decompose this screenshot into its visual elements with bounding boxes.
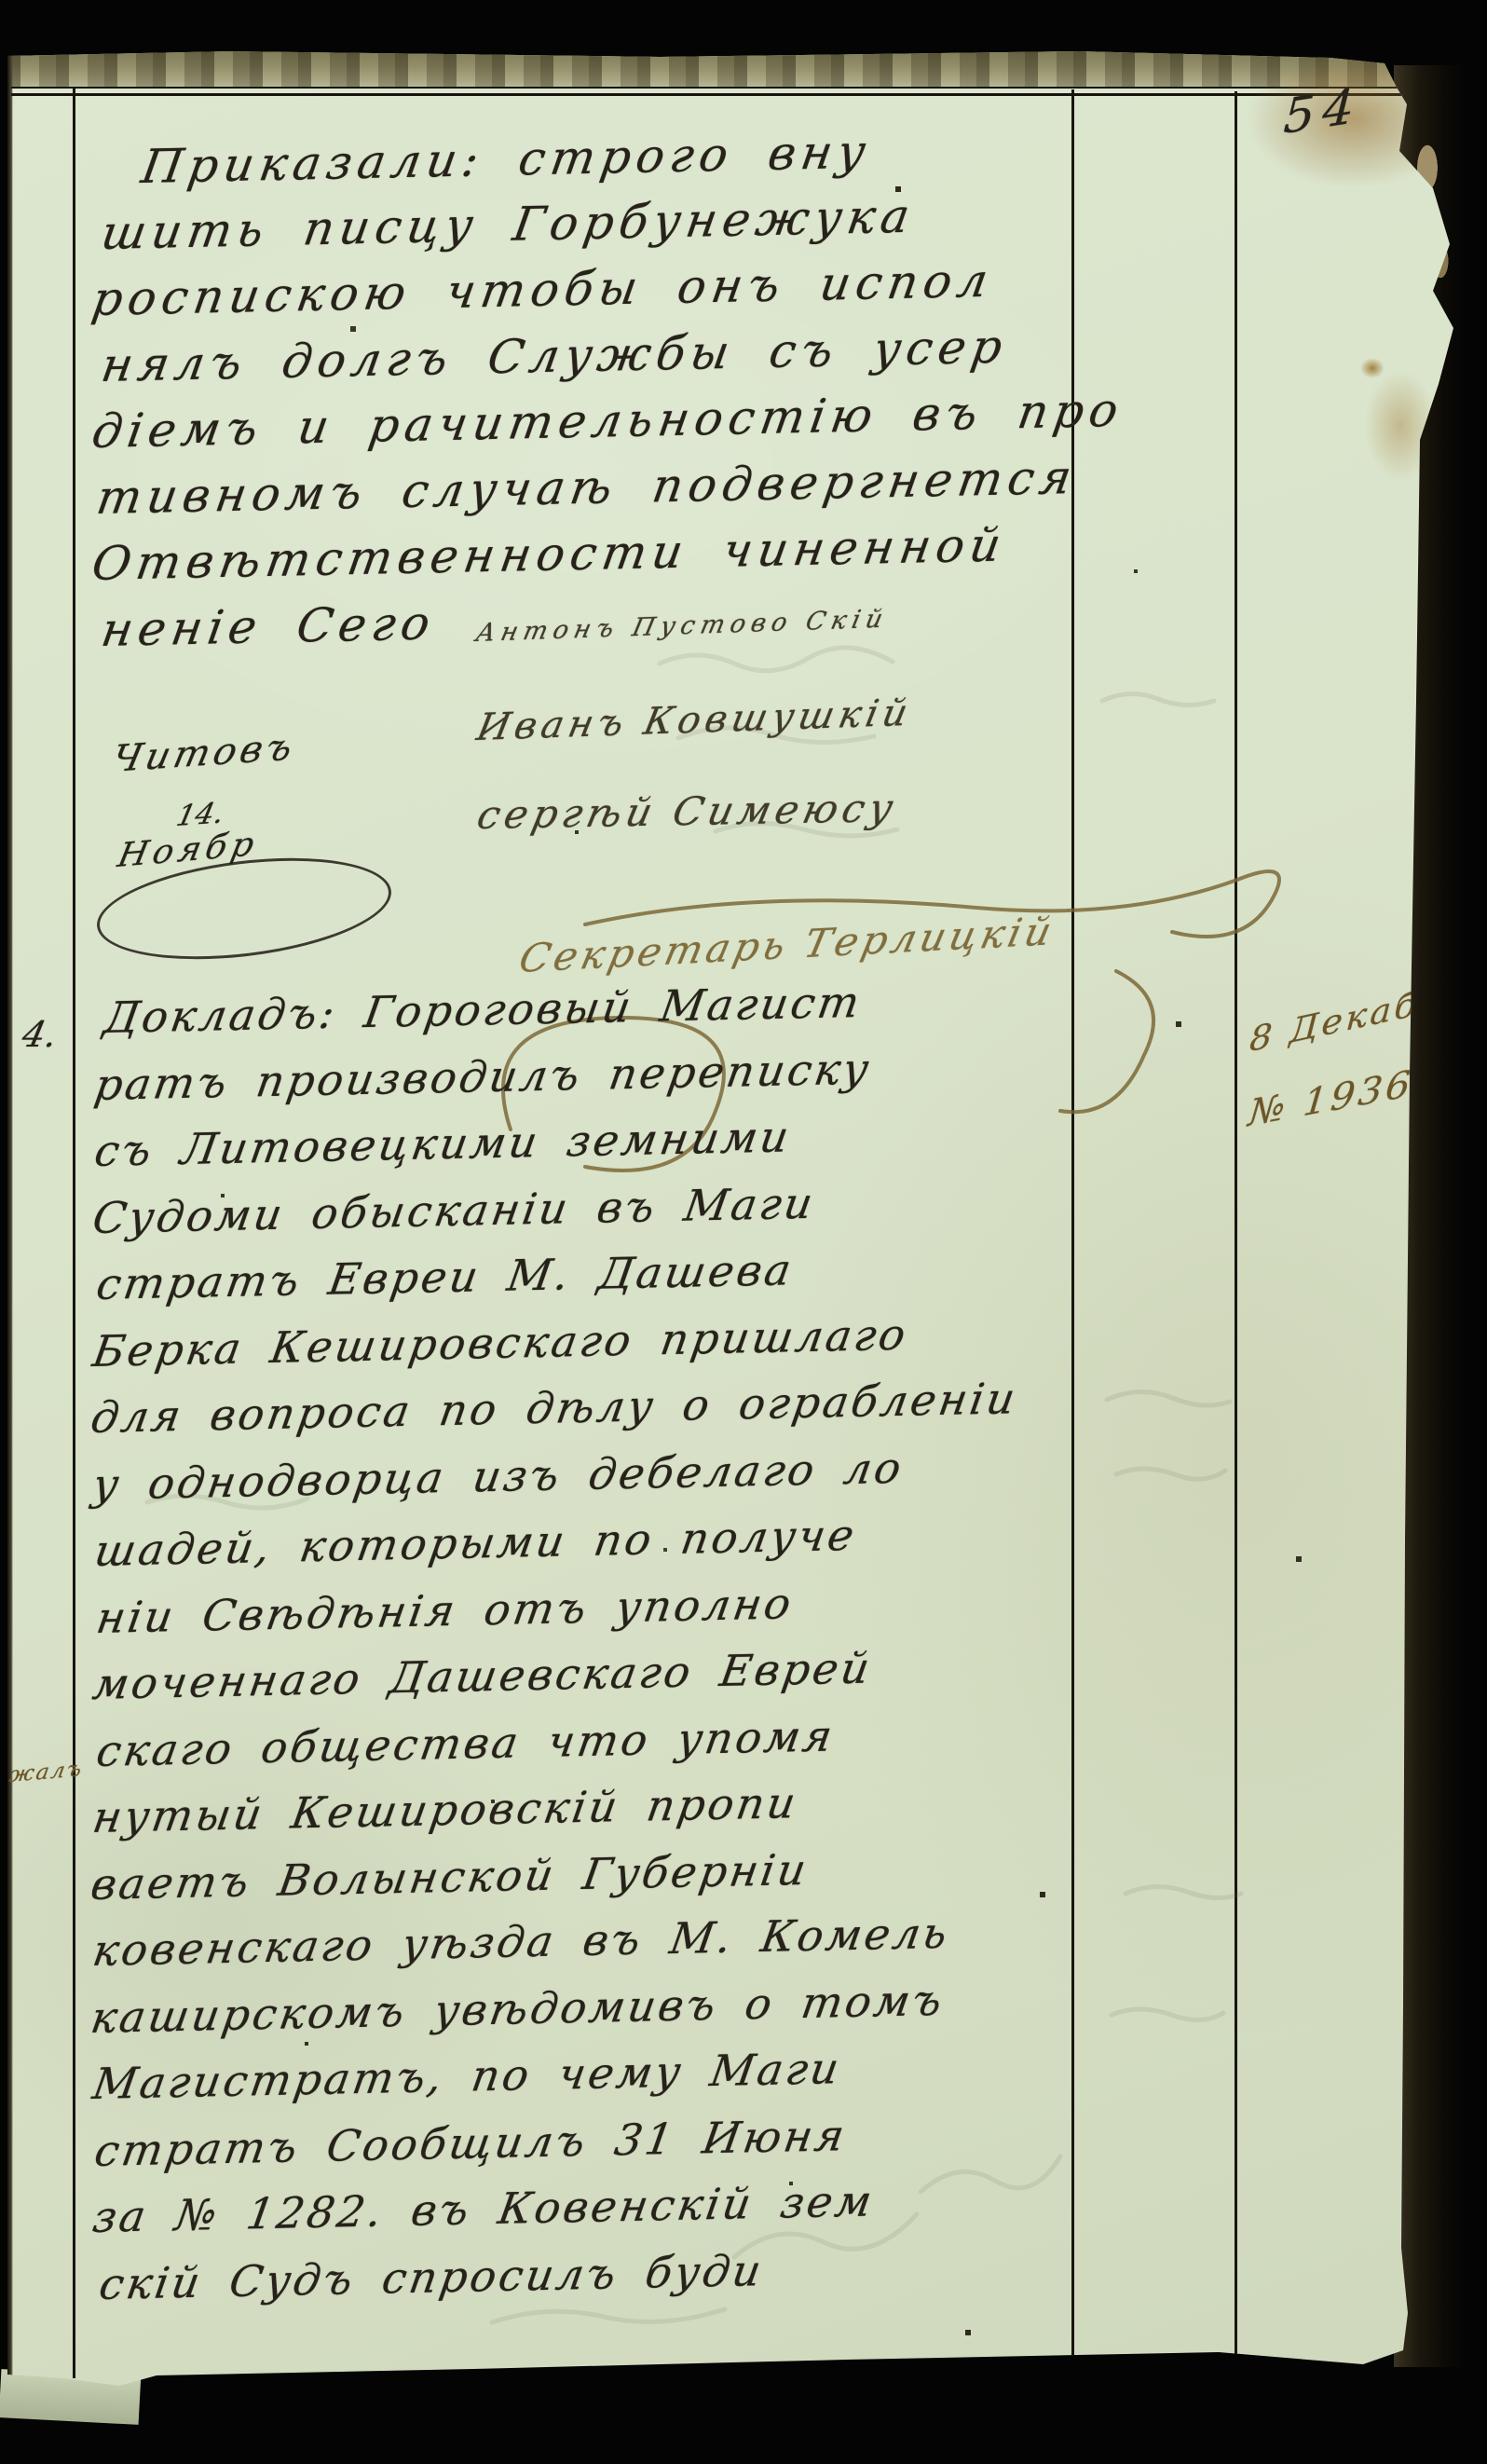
manuscript-line: нялъ долгъ Службы съ усер (98, 320, 1011, 392)
page-number: 54 (1282, 78, 1363, 145)
manuscript-page: 54 Приказали: строго вну шить писцу Горб… (7, 48, 1453, 2389)
photograph-of-archival-manuscript: 54 Приказали: строго вну шить писцу Горб… (0, 0, 1487, 2464)
manuscript-line: Судоми обысканіи въ Маги (89, 1178, 819, 1243)
manuscript-line: ваетъ Волынской Губерніи (88, 1844, 812, 1910)
signature: Антонъ Пустово Скій (473, 605, 891, 648)
manuscript-line: стратъ Евреи М. Дашева (93, 1244, 798, 1309)
signature: сергѣй Симеюсу (473, 785, 902, 838)
manuscript-line: у однодворца изъ дебелаго ло (89, 1443, 907, 1510)
right-column-rule-2 (1235, 91, 1237, 2361)
manuscript-line: шадей, которыми по получе (91, 1510, 860, 1576)
manuscript-line: съ Литовецкими земними (91, 1111, 795, 1176)
margin-number-note: № 1936 (1247, 1062, 1415, 1135)
manuscript-line: Отвѣтственности чиненной (89, 518, 1010, 591)
manuscript-line: скій Судъ спросилъ буди (96, 2245, 767, 2309)
manuscript-line: шить писцу Горбунежука (98, 189, 919, 260)
signature: Иванъ Ковшушкій (473, 691, 916, 749)
manuscript-line: для вопроса по дѣлу о ограбленіи (88, 1373, 1021, 1443)
manuscript-line: тивномъ случаѣ подвергнется (93, 450, 1081, 525)
margin-date-note: 8 Декаб (1248, 984, 1420, 1060)
manuscript-line: Докладъ: Гороговый Магист (101, 977, 866, 1043)
manuscript-line: за № 1282. въ Ковенскій зем (89, 2176, 878, 2242)
manuscript-line: ковенскаго уѣзда въ М. Комель (89, 1908, 953, 1976)
top-rule-upper (11, 87, 1399, 89)
manuscript-line: діемъ и рачительностію въ про (89, 383, 1127, 459)
manuscript-line: каширскомъ увѣдомивъ о томъ (88, 1975, 948, 2043)
top-rule-lower (11, 93, 1401, 96)
manuscript-line: Магистратъ, по чему Маги (89, 2043, 845, 2109)
item-number: 4. (19, 1014, 61, 1055)
manuscript-line: ратъ производилъ переписку (91, 1044, 875, 1110)
left-margin-rule (73, 87, 75, 2378)
manuscript-line: ніи Свѣдѣнія отъ уполно (93, 1578, 798, 1643)
margin-read-date: 14. (173, 797, 227, 833)
manuscript-line: нутый Кешировскій пропи (89, 1777, 801, 1842)
page-fold-edge (7, 48, 13, 2378)
ink-specks (7, 48, 9, 50)
foxing-spot (1360, 358, 1385, 378)
manuscript-line: скаго общества что упомя (93, 1710, 839, 1776)
margin-read-note: Читовъ (108, 726, 300, 781)
manuscript-line: роспискою чтобы онъ испол (89, 253, 997, 326)
worn-top-edge (7, 48, 1453, 89)
manuscript-line: Приказали: строго вну (138, 125, 875, 194)
manuscript-line: моченнаго Дашевскаго Еврей (89, 1643, 876, 1709)
manuscript-line: неніе Сего (98, 596, 439, 657)
secretary-signature: Секретарь Терлицкій (515, 908, 1059, 981)
manuscript-line: стратъ Сообщилъ 31 Июня (91, 2110, 851, 2176)
manuscript-line: Берка Кешировскаго пришлаго (89, 1309, 911, 1376)
